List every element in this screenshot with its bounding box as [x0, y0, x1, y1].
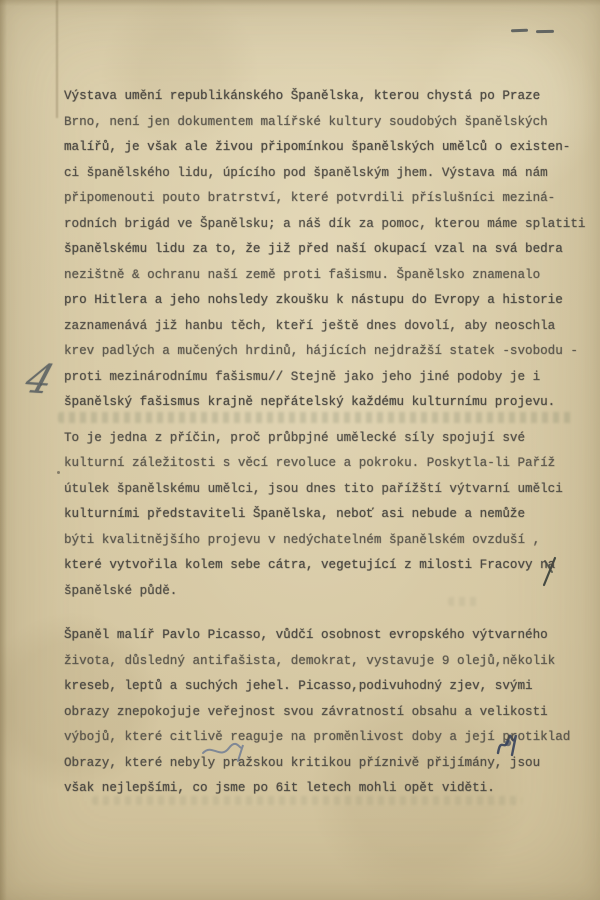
typed-line: nezištně & ochranu naší země proti fašis… [64, 263, 594, 289]
handwritten-dash-mark [536, 30, 554, 33]
typed-line: Obrazy, které nebyly pražskou kritikou p… [64, 751, 594, 777]
typed-line: však nejlepšími, co jsme po 6it letech m… [64, 776, 594, 802]
typed-line: zaznamenává již hanbu těch, kteří ještě … [64, 314, 594, 340]
typed-line: španělský fašismus krajně nepřátelský ka… [64, 390, 594, 416]
typed-line: malířů, je však ale živou připomínkou šp… [64, 135, 594, 161]
typed-line: kulturními představiteli Španělska, nebo… [64, 502, 594, 528]
paper-edge-shadow-top [0, 0, 600, 6]
typed-line: rodních brigád ve Španělsku; a náš dík z… [64, 212, 594, 238]
typed-line: které vytvořila kolem sebe cátra, vegetu… [64, 553, 594, 579]
typed-line: výbojů, které citlivě reaguje na proměnl… [64, 725, 594, 751]
typed-line: býti kvalitnějšího projevu v nedýchateln… [64, 528, 594, 554]
paper-crease [56, 0, 58, 118]
typed-line: útulek španělskému umělci, jsou dnes tit… [64, 477, 594, 503]
typed-line: proti mezinárodnímu fašismu// Stejně jak… [64, 365, 594, 391]
typed-line: obrazy znepokojuje veřejnost svou závrat… [64, 700, 594, 726]
typed-line: ci španělského lidu, úpícího pod španěls… [64, 161, 594, 187]
typed-line: Výstava umění republikánského Španělska,… [64, 84, 594, 110]
typed-line: krev padlých a mučených hrdinů, hájících… [64, 339, 594, 365]
typed-line: kulturní záležitosti s věcí revoluce a p… [64, 451, 594, 477]
ink-speck [57, 471, 60, 474]
handwritten-dash-mark [511, 29, 528, 33]
typed-line: života, důsledný antifašista, demokrat, … [64, 649, 594, 675]
document-text: Výstava umění republikánského Španělska,… [64, 84, 594, 802]
paper-edge-shadow [0, 0, 7, 900]
typed-line: kreseb, leptů a suchých jehel. Picasso,p… [64, 674, 594, 700]
margin-number-annotation: 4 [18, 355, 68, 409]
typed-line: To je jedna z příčin, proč průbpjné uměl… [64, 426, 594, 452]
document-page: 4 Výstava umění republikánského Španělsk… [0, 0, 600, 900]
typed-line: španělskému lidu za to, že již před naší… [64, 237, 594, 263]
typed-line: připomenouti pouto bratrství, které potv… [64, 186, 594, 212]
typed-line: španělské půdě. [64, 579, 594, 605]
typed-line: pro Hitlera a jeho nohsledy zkoušku k ná… [64, 288, 594, 314]
typed-line: Španěl malíř Pavlo Picasso, vůdčí osobno… [64, 623, 594, 649]
typed-line: Brno, není jen dokumentem malířské kultu… [64, 110, 594, 136]
